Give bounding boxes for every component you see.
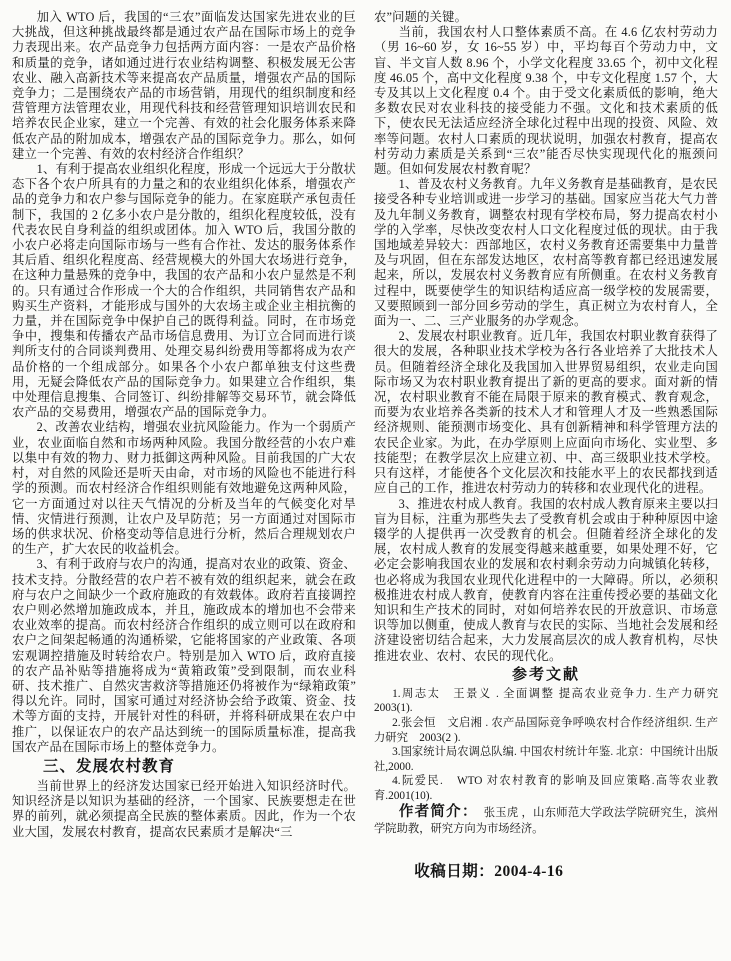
paragraph-edu-point-2-vocational: 2、发展农村职业教育。近几年，我国农村职业教育获得了很大的发展，各种职业技术学校…	[374, 329, 718, 496]
reference-item-2: 2.张会恒 文启湘 . 农产品国际竞争呼唤农村合作经济组织. 生产力研究 200…	[374, 716, 718, 745]
reference-item-4: 4.阮爱民. WTO 对农村教育的影响及回应策略.高等农业教育.2001(10)…	[374, 774, 718, 803]
reference-item-1: 1.周志太 王景义 . 全面调整 提高农业竞争力. 生产力研究 2003(1).	[374, 687, 718, 716]
author-bio-label: 作者简介：	[399, 804, 478, 820]
references-heading: 参考文献	[374, 666, 718, 685]
paragraph-knowledge-economy: 当前世界上的经济发达国家已经开始进入知识经济时代。知识经济是以知识为基础的经济，…	[12, 779, 356, 840]
scanned-paper-page: { "left": { "paras": [ "加入 WTO 后，我国的“三农”…	[0, 0, 731, 961]
paragraph-rural-population-quality: 当前，我国农村人口整体素质不高。在 4.6 亿农村劳动力（男 16~60 岁，女…	[374, 25, 718, 177]
paper-page: 加入 WTO 后，我国的“三农”面临发达国家先进农业的巨大挑战，但这种挑战最终都…	[0, 0, 731, 961]
right-column: 农”问题的关键。 当前，我国农村人口整体素质不高。在 4.6 亿农村劳动力（男 …	[374, 10, 718, 953]
author-bio: 作者简介：张玉虎 ，山东师范大学政法学院研究生，滨州学院助教，研究方向为市场经济…	[374, 805, 718, 837]
paragraph-point-2-structure: 2、改善农业结构，增强农业抗风险能力。作为一个弱质产业，农业面临自然和市场两种风…	[12, 420, 356, 557]
reference-item-3: 3.国家统计局农调总队编. 中国农村统计年鉴. 北京：中国统计出版社,2000.	[374, 745, 718, 774]
left-column: 加入 WTO 后，我国的“三农”面临发达国家先进农业的巨大挑战，但这种挑战最终都…	[12, 10, 356, 953]
paragraph-edu-point-1-compulsory: 1、普及农村义务教育。九年义务教育是基础教育，是农民接受各种专业培训或进一步学习…	[374, 177, 718, 329]
received-date: 收稿日期：2004-4-16	[374, 859, 718, 881]
paragraph-point-3-government: 3、有利于政府与农户的沟通，提高对农业的政策、资金、技术支持。分散经营的农户若不…	[12, 557, 356, 755]
paragraph-edu-point-3-adult: 3、推进农村成人教育。我国的农村成人教育原来主要以扫盲为目标，注重为那些失去了受…	[374, 497, 718, 664]
paragraph-point-1-organization: 1、有利于提高农业组织化程度，形成一个远远大于分散状态下各个农户所具有的力量之和…	[12, 162, 356, 420]
section-heading-rural-education: 三、发展农村教育	[12, 757, 356, 777]
paragraph-continuation: 农”问题的关键。	[374, 10, 718, 25]
paragraph-wto-intro: 加入 WTO 后，我国的“三农”面临发达国家先进农业的巨大挑战，但这种挑战最终都…	[12, 10, 356, 162]
